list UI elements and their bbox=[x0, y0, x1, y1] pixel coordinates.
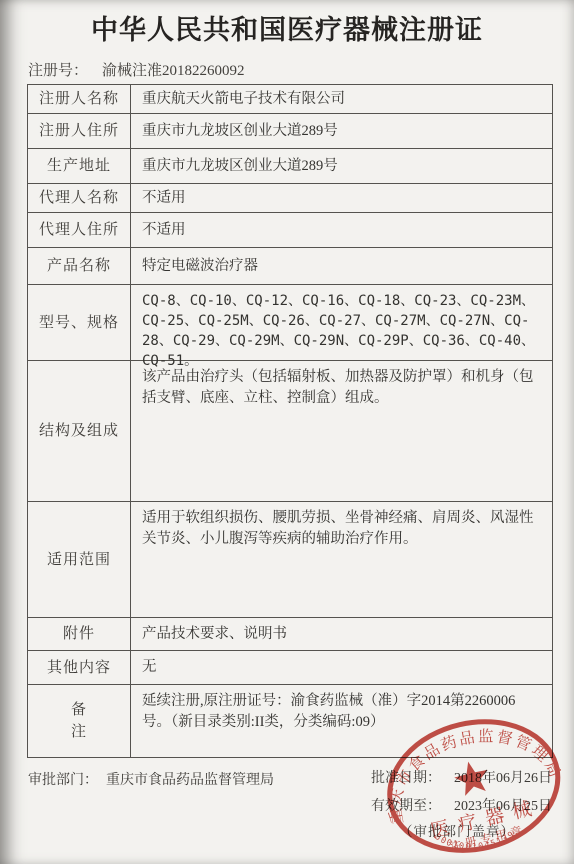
table-row-agent-address: 代理人住所 不适用 bbox=[28, 212, 552, 247]
registration-number-label: 注册号： bbox=[28, 63, 88, 79]
certificate-table: 注册人名称 重庆航天火箭电子技术有限公司 注册人住所 重庆市九龙坡区创业大道28… bbox=[27, 84, 553, 758]
row-value: 特定电磁波治疗器 bbox=[131, 248, 552, 284]
table-row-registrant-name: 注册人名称 重庆航天火箭电子技术有限公司 bbox=[28, 85, 552, 113]
approval-dept-value: 重庆市食品药品监督管理局 bbox=[106, 773, 274, 788]
table-row-production-address: 生产地址 重庆市九龙坡区创业大道289号 bbox=[28, 148, 552, 183]
row-label: 型号、规格 bbox=[28, 285, 131, 360]
row-value: 产品技术要求、说明书 bbox=[131, 618, 552, 650]
row-label: 注册人住所 bbox=[28, 114, 131, 148]
row-label: 结构及组成 bbox=[28, 361, 131, 501]
row-label: 生产地址 bbox=[28, 149, 131, 183]
certificate-photo: 中华人民共和国医疗器械注册证 注册号：渝械注准20182260092 注册人名称… bbox=[0, 0, 574, 864]
row-label: 代理人住所 bbox=[28, 213, 131, 247]
row-label: 代理人名称 bbox=[28, 184, 131, 212]
approval-dept-label: 审批部门： bbox=[28, 773, 98, 788]
row-value: 不适用 bbox=[131, 213, 552, 247]
row-value: 不适用 bbox=[131, 184, 552, 212]
table-row-scope: 适用范围 适用于软组织损伤、腰肌劳损、坐骨神经痛、肩周炎、风湿性关节炎、小儿腹泻… bbox=[28, 501, 552, 617]
row-value: 适用于软组织损伤、腰肌劳损、坐骨神经痛、肩周炎、风湿性关节炎、小儿腹泻等疾病的辅… bbox=[131, 502, 552, 617]
row-label: 附件 bbox=[28, 618, 131, 650]
row-label: 备 注 bbox=[28, 685, 131, 757]
table-row-other: 其他内容 无 bbox=[28, 650, 552, 684]
table-row-product-name: 产品名称 特定电磁波治疗器 bbox=[28, 247, 552, 284]
table-row-model-spec: 型号、规格 CQ-8、CQ-10、CQ-12、CQ-16、CQ-18、CQ-23… bbox=[28, 284, 552, 360]
table-row-registrant-address: 注册人住所 重庆市九龙坡区创业大道289号 bbox=[28, 113, 552, 148]
table-row-structure: 结构及组成 该产品由治疗头（包括辐射板、加热器及防护罩）和机身（包括支臂、底座、… bbox=[28, 360, 552, 501]
row-value: 该产品由治疗头（包括辐射板、加热器及防护罩）和机身（包括支臂、底座、立柱、控制盒… bbox=[131, 361, 552, 501]
registration-number-line: 注册号：渝械注准20182260092 bbox=[28, 59, 245, 80]
approval-dept-line: 审批部门：重庆市食品药品监督管理局 bbox=[28, 769, 274, 789]
row-label: 产品名称 bbox=[28, 248, 131, 284]
row-value: CQ-8、CQ-10、CQ-12、CQ-16、CQ-18、CQ-23、CQ-23… bbox=[131, 285, 552, 360]
row-value: 重庆市九龙坡区创业大道289号 bbox=[131, 114, 552, 148]
table-row-agent-name: 代理人名称 不适用 bbox=[28, 183, 552, 212]
row-value: 重庆市九龙坡区创业大道289号 bbox=[131, 149, 552, 183]
document-title: 中华人民共和国医疗器械注册证 bbox=[0, 8, 574, 47]
seal-star-icon bbox=[451, 758, 492, 797]
registration-number-value: 渝械注准20182260092 bbox=[102, 63, 245, 79]
row-value: 重庆航天火箭电子技术有限公司 bbox=[131, 85, 552, 113]
row-value: 无 bbox=[131, 651, 552, 684]
row-label: 适用范围 bbox=[28, 502, 131, 617]
row-label: 其他内容 bbox=[28, 651, 131, 684]
official-seal: 重庆市食品药品监督管理局 医疗器械 注册专用章 5001001045139 bbox=[381, 710, 567, 864]
table-row-attachments: 附件 产品技术要求、说明书 bbox=[28, 617, 552, 650]
row-label: 注册人名称 bbox=[28, 85, 131, 113]
